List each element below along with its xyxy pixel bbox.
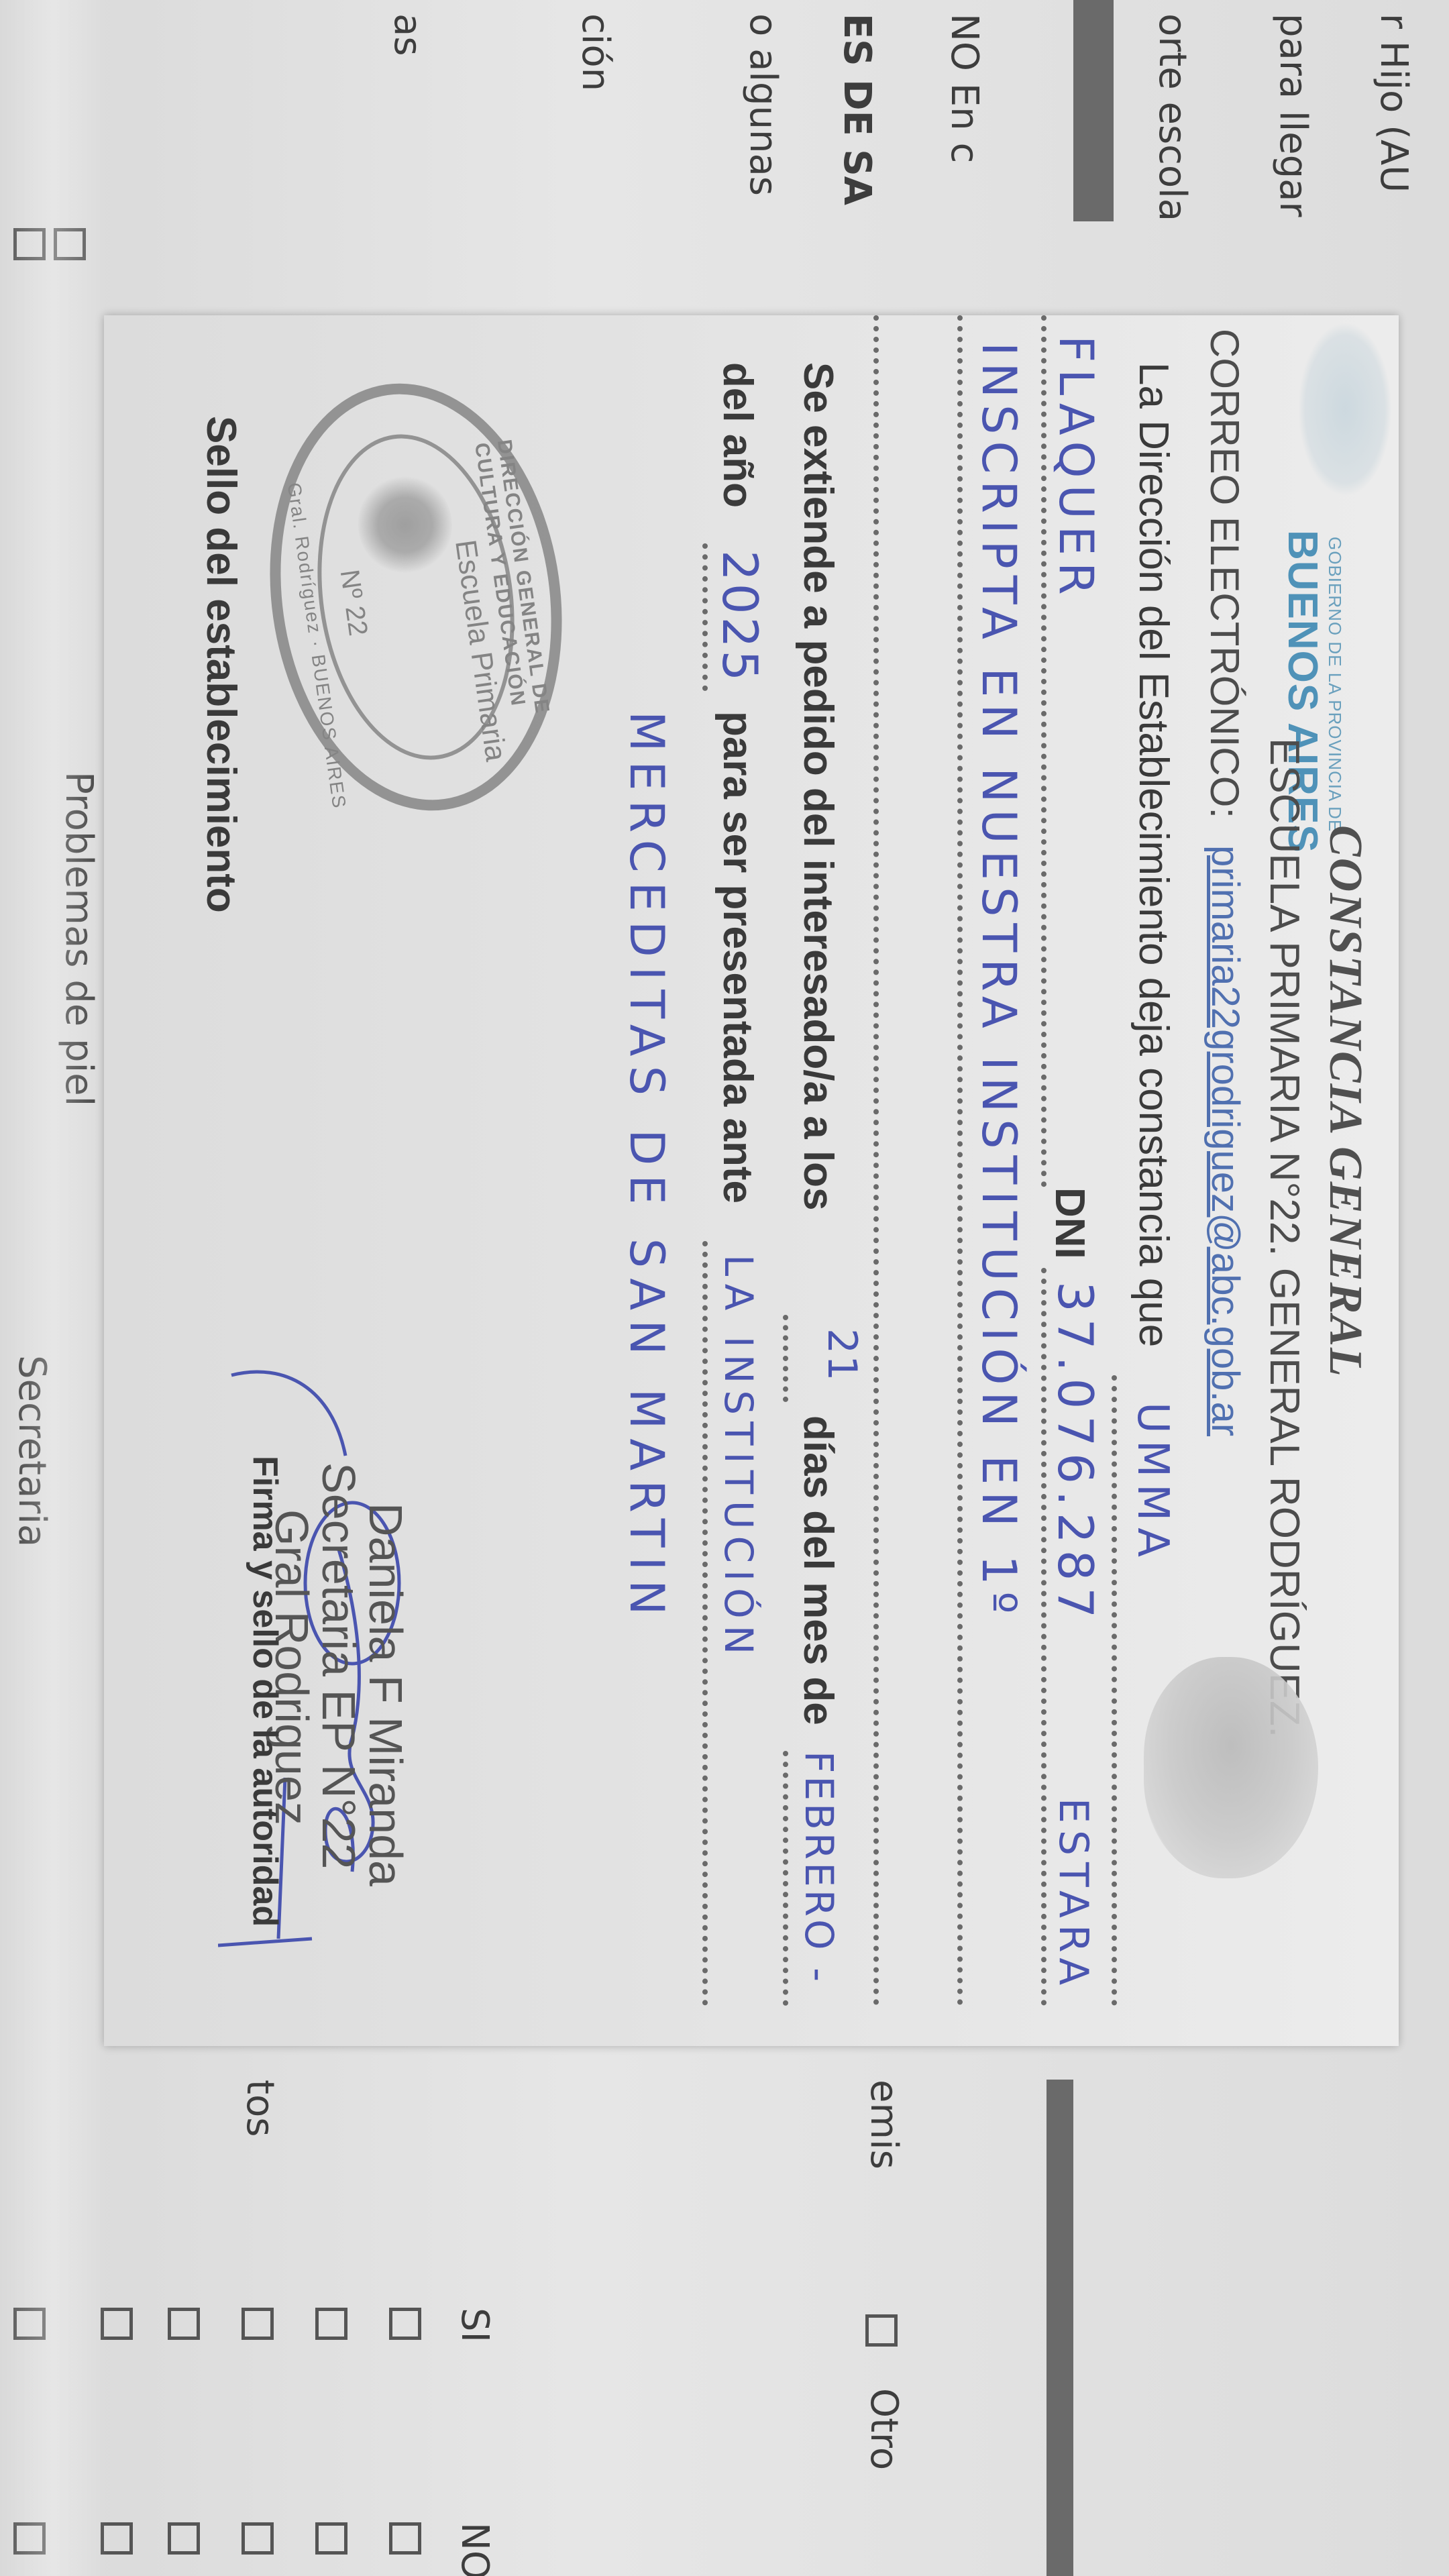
checkbox-no[interactable] — [241, 2522, 274, 2555]
form-divider-bar — [1073, 0, 1114, 221]
fill-line — [873, 315, 879, 2006]
constancia-certificate: GOBIERNO DE LA PROVINCIA DE BUENOS AIRES… — [104, 315, 1399, 2046]
bg-fragment: ES DE SA — [835, 13, 879, 205]
school-stamp: DIRECCIÓN GENERAL DE CULTURA Y EDUCACIÓN… — [244, 364, 589, 830]
checkbox-si[interactable] — [168, 2308, 200, 2340]
bg-fragment: tos — [238, 2080, 282, 2137]
form-divider-bar — [1046, 2080, 1073, 2576]
body-text-month-label: días del mes de — [794, 1415, 842, 1725]
handwritten-enrollment: INSCRIPTA EN NUESTRA INSTITUCIÓN EN 1º — [971, 342, 1026, 1621]
bg-fragment: NO En c — [943, 13, 986, 163]
signer-role: Secretaria EP N°22 — [312, 1462, 366, 1869]
fill-line — [1041, 315, 1046, 1187]
body-text: Se extiende a pedido del interesado/a a … — [795, 362, 841, 1211]
body-text: del año — [714, 362, 761, 508]
document-title: CONSTANCIA GENERAL — [1318, 825, 1372, 1378]
handwritten-entity-name: MERCEDITAS DE SAN MARTIN — [619, 711, 674, 1625]
handwritten-month: FEBRERO - — [796, 1751, 842, 1984]
bg-fragment: r Hijo (AU — [1372, 13, 1415, 193]
bg-fragment: SI — [453, 2308, 496, 2343]
fill-line — [702, 1241, 708, 2006]
handwritten-dni: 37.076.287 — [1047, 1281, 1104, 1625]
checkbox-no[interactable] — [389, 2522, 421, 2555]
plastic-sleeve-glare — [0, 0, 107, 2576]
fill-line — [957, 315, 963, 2006]
email-link[interactable]: primaria22grodriguez@abc.gob.ar — [1203, 845, 1248, 1436]
body-text: La Dirección del Establecimiento deja co… — [1130, 362, 1177, 1347]
bg-fragment: as — [386, 13, 429, 56]
handwritten-first-name: UMMA — [1128, 1402, 1177, 1564]
body-line-1: La Dirección del Establecimiento deja co… — [1130, 362, 1177, 2080]
checkbox-no[interactable] — [168, 2522, 200, 2555]
bg-fragment: para llegar — [1271, 13, 1315, 217]
body-text-presented: para ser presentada ante — [714, 711, 761, 1203]
fill-line — [1112, 1375, 1117, 2006]
bg-fragment: emis — [862, 2080, 906, 2169]
fill-line — [783, 1315, 788, 1402]
bg-fragment: Otro — [862, 2388, 906, 2470]
bg-fragment: NO — [453, 2522, 496, 2576]
establishment-seal-caption: Sello del establecimiento — [197, 416, 245, 913]
signature-caption: Firma y sello de la autoridad — [245, 1456, 285, 1927]
bg-fragment: orte escola — [1150, 13, 1194, 221]
fill-line — [783, 1751, 788, 2006]
fill-line — [1041, 1268, 1046, 2006]
gov-small-label: GOBIERNO DE LA PROVINCIA DE — [1324, 537, 1345, 832]
handwritten-year: 2025 — [712, 550, 768, 684]
dni-label: DNI — [1046, 1187, 1093, 1259]
fill-line — [702, 543, 708, 691]
checkbox-no[interactable] — [315, 2522, 347, 2555]
handwritten-day: 21 — [818, 1328, 865, 1382]
school-name: ESCUELA PRIMARIA N°22. GENERAL RODRÍGUEZ… — [1260, 738, 1308, 1737]
email-label: CORREO ELECTRÓNICO: — [1201, 329, 1248, 818]
signer-name: Daniela F Miranda — [359, 1503, 413, 1886]
handwritten-status: ESTARA — [1050, 1798, 1097, 1992]
handwritten-entity: LA INSTITUCIÓN — [716, 1254, 761, 1661]
checkbox-si[interactable] — [315, 2308, 347, 2340]
province-emblem-icon — [1298, 322, 1392, 496]
handwritten-surname: FLAQUER — [1049, 335, 1104, 602]
bg-fragment: ción — [574, 13, 617, 91]
checkbox-si[interactable] — [241, 2308, 274, 2340]
checkbox-si[interactable] — [389, 2308, 421, 2340]
checkbox-otro[interactable] — [865, 2314, 898, 2347]
bg-fragment: o algunas — [741, 13, 785, 196]
